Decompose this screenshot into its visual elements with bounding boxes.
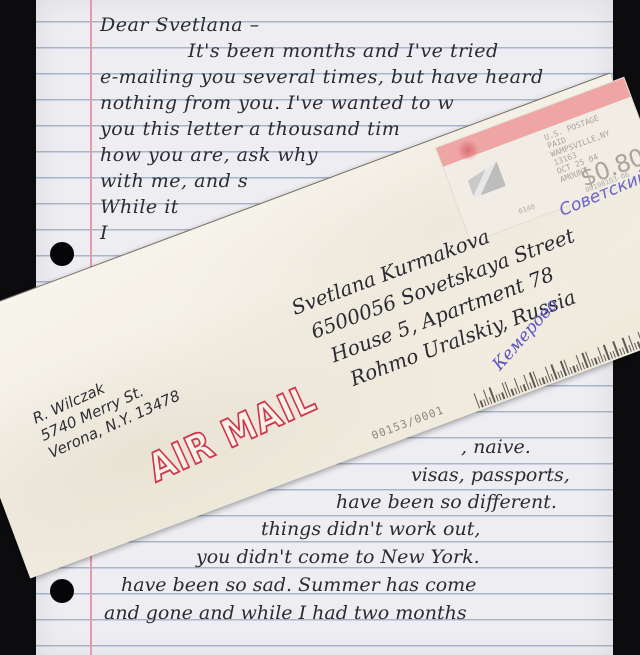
letter-line: things didn't work out, bbox=[261, 518, 480, 540]
letter-line: and gone and while I had two months bbox=[104, 602, 467, 624]
letter-line: have been so sad. Summer has come bbox=[121, 574, 476, 596]
letter-line: visas, passports, bbox=[411, 464, 570, 486]
letter-line: you didn't come to New York. bbox=[196, 546, 480, 568]
letter-line: have been so different. bbox=[336, 491, 557, 513]
letter-line: , naive. bbox=[461, 436, 531, 458]
photo-scene: Dear Svetlana – It's been months and I'v… bbox=[0, 0, 640, 655]
usps-eagle-icon bbox=[465, 162, 506, 198]
